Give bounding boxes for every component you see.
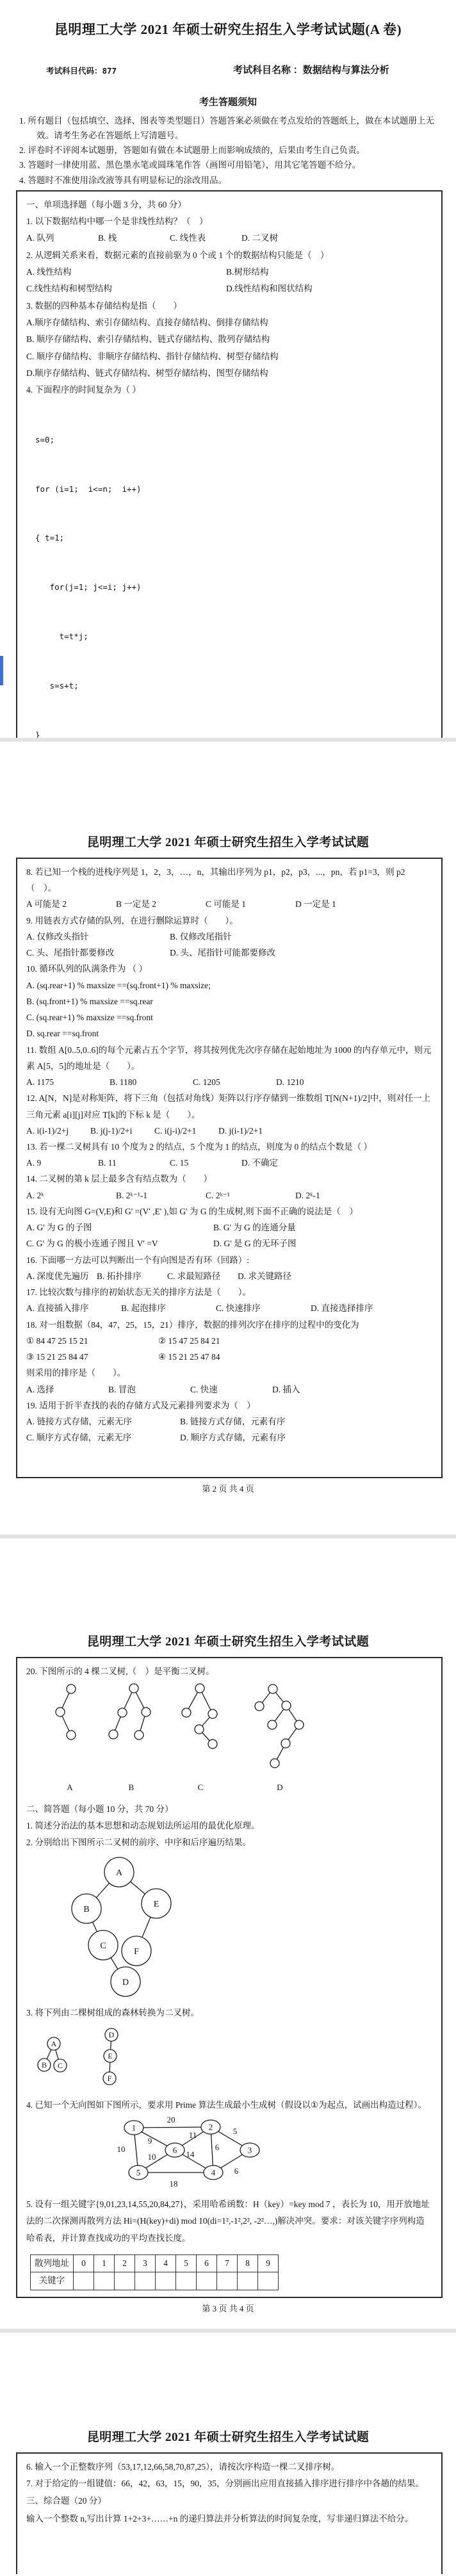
question-text: 1. 简述分治法的基本思想和动态规划法所运用的最优化原理。 <box>26 1818 432 1834</box>
svg-text:18: 18 <box>170 2179 178 2189</box>
question-options: A. 队列B. 栈C. 线性表D. 二叉树 <box>26 230 432 247</box>
svg-text:5: 5 <box>136 2167 141 2177</box>
sequence-row: ③ 15 21 25 84 47④ 15 21 25 47 84 <box>26 1349 432 1365</box>
option: A. 选择 <box>26 1382 108 1398</box>
svg-text:C: C <box>198 1782 204 1792</box>
option: A. 直接插入排序 <box>26 1300 121 1316</box>
svg-text:B: B <box>42 2060 47 2069</box>
question-text: 13. 若一棵二叉树具有 10 个度为 2 的结点，5 个度为 1 的结点，则度… <box>26 1139 432 1155</box>
svg-text:E: E <box>154 1899 159 1909</box>
question-text: 8. 若已知一个栈的进栈序列是 1，2，3，…，n，其输出序列为 p1，p2，p… <box>26 864 432 896</box>
svg-text:6: 6 <box>215 2142 220 2152</box>
hash-key-cell <box>176 2272 197 2290</box>
svg-text:E: E <box>108 2051 112 2060</box>
hash-table: 散列地址 0 1 2 3 4 5 6 7 8 9 关键字 <box>30 2254 279 2290</box>
hash-address-cell: 0 <box>74 2255 94 2272</box>
svg-text:1: 1 <box>132 2123 136 2132</box>
exam-title: 昆明理工大学 2021 年硕士研究生招生入学考试试题(A 卷) <box>5 19 451 38</box>
question-text: 7. 对于给定的一组键值：66，42，63，15，90，35，分别画出应用直接插… <box>26 2475 432 2492</box>
option: D. 直接选择排序 <box>311 1303 373 1313</box>
question-s2-4: 4. 已知一个无向图如下图所示，要求用 Prime 算法生成最小生成树（假设以①… <box>26 2097 432 2197</box>
question-text: 1. 以下数据结构中哪一个是非线性结构？（ ） <box>26 213 432 230</box>
page-2: 昆明理工大学 2021 年硕士研究生招生入学考试试题 8. 若已知一个栈的进栈序… <box>0 742 456 1535</box>
notice-item: 1. 所有题目（包括填空、选择、图表等类型题目）答题答案必须做在考点发给的答题纸… <box>19 113 439 143</box>
notice-item: 2. 评卷时不评阅本试题册，答题如有做在本试题册上而影响成绩的，后果由考生自己负… <box>19 143 439 158</box>
question-text: 18. 对一组数据（84，47，25，15，21）排序，数据的排列次序在排序的过… <box>26 1317 432 1333</box>
option: D. 求关键路径 <box>238 1271 291 1281</box>
svg-text:D: D <box>109 2030 115 2039</box>
option: B. 2ᵏ⁻¹-1 <box>116 1187 206 1203</box>
code-line: for (i=1; i<=n; i++) <box>35 481 432 498</box>
option: B. 冒泡 <box>108 1382 190 1398</box>
svg-text:F: F <box>134 1946 139 1956</box>
svg-text:A: A <box>67 1782 73 1792</box>
hash-address-row: 散列地址 0 1 2 3 4 5 6 7 8 9 <box>31 2255 279 2272</box>
svg-text:2: 2 <box>209 2122 213 2132</box>
option: C. 快速排序 <box>216 1300 311 1316</box>
option: D. sq.rear ==sq.front <box>26 1025 432 1041</box>
page-4: 昆明理工大学 2021 年硕士研究生招生入学考试试题 6. 输入一个正整数序列（… <box>0 2333 456 2576</box>
code-block: s=0; for (i=1; i<=n; i++) { t=1; for(j=1… <box>35 398 432 738</box>
question-options: A. 线性结构B.树形结构 <box>26 264 432 281</box>
question-options: A. 9B. 11C. 15D. 不确定 <box>26 1155 432 1171</box>
option: C. i(j-i)/2+1 <box>154 1123 218 1139</box>
hash-key-cell <box>217 2272 238 2290</box>
hash-address-cell: 3 <box>135 2255 156 2272</box>
option: B. j(j-1)/2+i <box>90 1123 154 1139</box>
option: B. 仅修改尾指针 <box>170 932 232 942</box>
question-17: 17. 比较次数与排序的初始状态无关的排序方法是（ ）。 A. 直接插入排序B.… <box>26 1284 432 1316</box>
question-options: A. 选择B. 冒泡C. 快速D. 插入 <box>26 1382 432 1398</box>
option: B. 顺序存储结构、索引存储结构、链式存储结构、散列存储结构 <box>26 331 432 348</box>
option: A. (sq.rear+1) % maxsize ==(sq.front+1) … <box>26 977 432 993</box>
sequence: ② 15 47 25 84 21 <box>158 1336 220 1346</box>
questions-box-page-1: 一、单项选择题（每小题 3 分，共 60 分） 1. 以下数据结构中哪一个是非线… <box>16 190 443 738</box>
svg-text:D: D <box>277 1782 282 1792</box>
option: D. 不确定 <box>241 1158 278 1168</box>
question-8: 8. 若已知一个栈的进栈序列是 1，2，3，…，n，其输出序列为 p1，p2，p… <box>26 864 432 913</box>
question-4: 4. 下面程序的时间复杂为（ ） s=0; for (i=1; i<=n; i+… <box>26 382 432 738</box>
option: B. G' 为 G 的连通分量 <box>213 1223 296 1232</box>
question-text: 20. 下图所示的 4 棵二叉树,（ ）是平衡二叉树。 <box>26 1663 432 1680</box>
svg-text:B: B <box>83 1904 89 1914</box>
option: D. j(i-1)/2+1 <box>218 1126 263 1136</box>
question-options: C. 头、尾指针都要修改D. 头、尾指针可能都要修改 <box>26 945 432 961</box>
exam-paper-scan: 昆明理工大学 2021 年硕士研究生招生入学考试试题(A 卷) 考试科目代码：8… <box>0 0 456 2576</box>
question-options: A. 1175B. 1180C. 1205D. 1210 <box>26 1074 432 1090</box>
binary-trees-figure: ABCD <box>44 1683 432 1800</box>
hash-address-cell: 1 <box>94 2255 115 2272</box>
question-options: A. 直接插入排序B. 起泡排序C. 快速排序D. 直接选择排序 <box>26 1300 432 1316</box>
hash-address-cell: 8 <box>238 2255 258 2272</box>
svg-text:F: F <box>108 2074 112 2083</box>
option: C. 顺序存储结构、非顺序存储结构、指针存储结构、树型存储结构 <box>26 348 432 365</box>
question-11: 11. 数组 A[0..5,0..6]的每个元素占五个字节，将其按列优先次序存储… <box>26 1042 432 1091</box>
left-edge-blue-artifact <box>0 656 3 685</box>
page-3: 昆明理工大学 2021 年硕士研究生招生入学考试试题 20. 下图所示的 4 棵… <box>0 1538 456 2329</box>
question-text: 19. 适用于折半查找的表的存储方式及元素排列要求为（ ） <box>26 1398 432 1414</box>
svg-text:A: A <box>51 2039 57 2048</box>
question-text: 14. 二叉树的第 k 层上最多含有结点数为（ ） <box>26 1171 432 1187</box>
exam-title: 昆明理工大学 2021 年硕士研究生招生入学考试试题 <box>5 2333 451 2445</box>
svg-text:B: B <box>129 1782 134 1792</box>
option: A. 仅修改头指针 <box>26 929 170 945</box>
option: C. 头、尾指针都要修改 <box>26 945 170 961</box>
question-13: 13. 若一棵二叉树具有 10 个度为 2 的结点，5 个度为 1 的结点，则度… <box>26 1139 432 1171</box>
option: C 可能是 1 <box>206 896 295 912</box>
option: B. 拓扑排序 <box>97 1268 167 1284</box>
questions-box-page-4: 6. 输入一个正整数序列（53,17,12,66,58,70,87,25），请按… <box>16 2452 443 2574</box>
option: B. 栈 <box>98 230 170 247</box>
question-options: A. 2ᵏB. 2ᵏ⁻¹-1C. 2ᵏ⁻¹D. 2ᵏ-1 <box>26 1187 432 1203</box>
hash-address-cell: 5 <box>176 2255 197 2272</box>
option: C.线性结构和树型结构 <box>26 281 226 297</box>
hash-row-header: 关键字 <box>31 2272 74 2290</box>
svg-text:A: A <box>116 1868 123 1877</box>
questions-box-page-2: 8. 若已知一个栈的进栈序列是 1，2，3，…，n，其输出序列为 p1，p2，p… <box>16 858 443 1478</box>
sequence: ③ 15 21 25 84 47 <box>26 1349 158 1365</box>
svg-text:D: D <box>122 1977 129 1987</box>
hash-address-cell: 4 <box>156 2255 176 2272</box>
option: A. 线性结构 <box>26 264 226 281</box>
questions-box-page-3: 20. 下图所示的 4 棵二叉树,（ ）是平衡二叉树。 ABCD 二、简答题（每… <box>16 1657 443 2298</box>
binary-tree-figure: ABECFD <box>65 1853 432 2005</box>
question-text: 2. 从逻辑关系来看，数据元素的直接前驱为 0 个或 1 个的数据结构只能是（ … <box>26 247 432 264</box>
svg-text:9: 9 <box>148 2136 152 2146</box>
question-options: A 可能是 2B 一定是 2C 可能是 1D 一定是 1 <box>26 896 432 912</box>
option: B. 起泡排序 <box>121 1300 216 1316</box>
question-options: C.线性结构和树型结构D.线性结构和图状结构 <box>26 281 432 297</box>
option: A. 深度优先遍历 <box>26 1268 97 1284</box>
option: C. 求最短路径 <box>167 1268 238 1284</box>
question-text: 5. 设有一组关键字{9,01,23,14,55,20,84,27}，采用哈希函… <box>26 2196 432 2247</box>
question-s2-5: 5. 设有一组关键字{9,01,23,14,55,20,84,27}，采用哈希函… <box>26 2196 432 2290</box>
q20-trees-diagram: ABCD <box>44 1683 313 1795</box>
option: D.顺序存储结构、链式存储结构、树型存储结构、图型存储结构 <box>26 365 432 382</box>
svg-text:6: 6 <box>234 2166 239 2176</box>
question-3: 3. 数据的四种基本存储结构是指（ ） A.顺序存储结构、索引存储结构、直接存储… <box>26 298 432 382</box>
svg-text:11: 11 <box>189 2130 197 2140</box>
question-text: 16. 下面哪一方法可以判断出一个有向图是否有环（回路）: <box>26 1252 432 1268</box>
subject-name: 考试科目名称 ：数据结构与算法分析 <box>233 63 389 79</box>
code-line: for(j=1; j<=i; j++) <box>35 579 432 596</box>
exam-title: 昆明理工大学 2021 年硕士研究生招生入学考试试题 <box>5 1538 451 1649</box>
option: D. G' 是 G 的无环子图 <box>213 1239 297 1248</box>
question-16: 16. 下面哪一方法可以判断出一个有向图是否有环（回路）: A. 深度优先遍历B… <box>26 1252 432 1284</box>
question-options: A. i(i-1)/2+jB. j(j-1)/2+iC. i(j-i)/2+1D… <box>26 1123 432 1139</box>
question-20: 20. 下图所示的 4 棵二叉树,（ ）是平衡二叉树。 ABCD <box>26 1663 432 1801</box>
sequence: ① 84 47 25 15 21 <box>26 1333 158 1349</box>
question-text: 4. 已知一个无向图如下图所示，要求用 Prime 算法生成最小生成树（假设以①… <box>26 2097 432 2114</box>
option: A. i(i-1)/2+j <box>26 1123 90 1139</box>
question-options: C. G' 为 G 的极小连通子图且 V' =VD. G' 是 G 的无环子图 <box>26 1235 432 1251</box>
code-line: } <box>35 727 432 738</box>
option: A. 队列 <box>26 230 98 247</box>
option: D. 1210 <box>276 1077 304 1087</box>
question-14: 14. 二叉树的第 k 层上最多含有结点数为（ ） A. 2ᵏB. 2ᵏ⁻¹-1… <box>26 1171 432 1203</box>
option: A. 1175 <box>26 1074 110 1090</box>
question-options: A. 链接方式存储，元素无序B. 链接方式存储，元素有序 <box>26 1414 432 1430</box>
question-text: 6. 输入一个正整数序列（53,17,12,66,58,70,87,25），请按… <box>26 2459 432 2475</box>
option: A. G' 为 G 的子图 <box>26 1219 213 1235</box>
option: C. 1205 <box>193 1074 276 1090</box>
question-9: 9. 用链表方式存储的队列，在进行删除运算时（ ）。 A. 仅修改头指针B. 仅… <box>26 913 432 961</box>
hash-address-cell: 6 <box>197 2255 217 2272</box>
traversal-tree-diagram: ABECFD <box>65 1853 218 1999</box>
option: D. 二叉树 <box>241 233 278 243</box>
hash-key-cell <box>156 2272 176 2290</box>
section-1-title: 一、单项选择题（每小题 3 分，共 60 分） <box>26 197 432 213</box>
subject-code: 考试科目代码：877 <box>46 63 233 79</box>
option: C. G' 为 G 的极小连通子图且 V' =V <box>26 1235 213 1251</box>
notice-item: 3. 答题时一律使用蓝、黑色墨水笔或圆珠笔作答（画图可用铅笔），用其它笔答题不给… <box>19 158 439 172</box>
exam-title: 昆明理工大学 2021 年硕士研究生招生入学考试试题 <box>5 742 451 850</box>
notice-list: 1. 所有题目（包括填空、选择、图表等类型题目）答题答案必须做在考点发给的答题纸… <box>19 113 439 188</box>
svg-text:14: 14 <box>186 2149 195 2159</box>
question-options: A. G' 为 G 的子图B. G' 为 G 的连通分量 <box>26 1219 432 1235</box>
hash-address-cell: 2 <box>115 2255 135 2272</box>
hash-key-cell <box>135 2272 156 2290</box>
question-s2-3: 3. 将下列由二棵树组成的森林转换为二叉树。 ABCDEF <box>26 2005 432 2097</box>
option: D. 头、尾指针可能都要修改 <box>170 948 275 958</box>
forest-figure: ABCDEF <box>31 2023 432 2096</box>
option: D. 插入 <box>272 1385 300 1394</box>
option: C. (sq.rear+1) % maxsize ==sq.front <box>26 1009 432 1025</box>
code-line: { t=1; <box>35 530 432 546</box>
hash-address-cell: 9 <box>258 2255 279 2272</box>
section-3-title: 三、综合题（20 分） <box>26 2493 432 2509</box>
weighted-graph-diagram: 1236542059111010146618 <box>115 2115 275 2190</box>
question-text: 17. 比较次数与排序的初始状态无关的排序方法是（ ）。 <box>26 1284 432 1300</box>
option: B. 11 <box>98 1155 170 1171</box>
option: C. 2ᵏ⁻¹ <box>206 1187 295 1203</box>
hash-key-cell <box>74 2272 94 2290</box>
question-text: 15. 设有无向图 G=(V,E)和 G' =(V' ,E' ),如 G' 为 … <box>26 1203 432 1219</box>
question-text: 10. 循环队列的队满条件为 （ ） <box>26 961 432 977</box>
notice-title: 考生答题须知 <box>0 95 456 108</box>
option: B.树形结构 <box>226 267 268 277</box>
code-line: s=s+t; <box>35 678 432 694</box>
option: C. 顺序方式存储，元素无序 <box>26 1430 180 1446</box>
hash-key-cell <box>115 2272 135 2290</box>
hash-row-header: 散列地址 <box>31 2255 74 2272</box>
option: B. (sq.front+1) % maxsize ==sq.rear <box>26 993 432 1009</box>
option: D.线性结构和图状结构 <box>226 284 313 293</box>
question-text: 3. 将下列由二棵树组成的森林转换为二叉树。 <box>26 2005 432 2021</box>
question-1: 1. 以下数据结构中哪一个是非线性结构？（ ） A. 队列B. 栈C. 线性表D… <box>26 213 432 247</box>
question-text: 输入一个整数 n,写出计算 1+2+3+……+n 的递归算法并分析算法的时间复杂… <box>26 2509 432 2529</box>
question-18: 18. 对一组数据（84，47，25，15，21）排序，数据的排列次序在排序的过… <box>26 1317 432 1398</box>
question-text: 3. 数据的四种基本存储结构是指（ ） <box>26 298 432 314</box>
option: A. 9 <box>26 1155 98 1171</box>
question-options: C. 顺序方式存储，元素无序D. 顺序方式存储，元素有序 <box>26 1430 432 1446</box>
option: B 一定是 2 <box>116 896 206 912</box>
option: A 可能是 2 <box>26 896 116 912</box>
svg-text:C: C <box>100 1941 106 1950</box>
hash-key-cell <box>197 2272 217 2290</box>
section-2-title: 二、简答题（每小题 10 分，共 70 分） <box>26 1801 432 1818</box>
svg-text:10: 10 <box>148 2152 156 2162</box>
option: B. 1180 <box>110 1074 193 1090</box>
page-1: 昆明理工大学 2021 年硕士研究生招生入学考试试题(A 卷) 考试科目代码：8… <box>0 0 456 738</box>
svg-text:5: 5 <box>233 2126 238 2136</box>
svg-text:10: 10 <box>117 2144 126 2154</box>
question-2: 2. 从逻辑关系来看，数据元素的直接前驱为 0 个或 1 个的数据结构只能是（ … <box>26 247 432 298</box>
question-text: 12. A[N，N]是对称矩阵，将下三角（包括对角线）矩阵以行序存储到一维数组 … <box>26 1090 432 1122</box>
hash-key-cell <box>94 2272 115 2290</box>
option: D 一定是 1 <box>295 899 336 909</box>
option: A.顺序存储结构、索引存储结构、直接存储结构、倒排存储结构 <box>26 314 432 331</box>
svg-text:4: 4 <box>211 2167 216 2177</box>
question-text: 9. 用链表方式存储的队列，在进行删除运算时（ ）。 <box>26 913 432 929</box>
question-15: 15. 设有无向图 G=(V,E)和 G' =(V' ,E' ),如 G' 为 … <box>26 1203 432 1252</box>
question-12: 12. A[N，N]是对称矩阵，将下三角（包括对角线）矩阵以行序存储到一维数组 … <box>26 1090 432 1139</box>
hash-address-cell: 7 <box>217 2255 238 2272</box>
question-text: 则采用的排序是（ ）。 <box>26 1365 432 1381</box>
question-s2-2: 2. 分别给出下图所示二叉树的前序、中序和后序遍历结果。 ABECFD <box>26 1834 432 2005</box>
page-footer: 第 2 页 共 4 页 <box>0 1482 456 1494</box>
question-text: 11. 数组 A[0..5,0..6]的每个元素占五个字节，将其按列优先次序存储… <box>26 1042 432 1074</box>
graph-figure: 1236542059111010146618 <box>115 2115 432 2196</box>
option: A. 2ᵏ <box>26 1187 116 1203</box>
option: C. 15 <box>170 1155 241 1171</box>
hash-key-cell <box>258 2272 279 2290</box>
option: A. 链接方式存储，元素无序 <box>26 1414 180 1430</box>
svg-text:20: 20 <box>167 2115 175 2124</box>
question-text: 4. 下面程序的时间复杂为（ ） <box>26 382 432 398</box>
notice-item: 4. 答题时不准使用涂改液等具有明显标记的涂改用品。 <box>19 173 439 188</box>
hash-key-cell <box>238 2272 258 2290</box>
forest-diagram: ABCDEF <box>31 2023 159 2091</box>
question-text: 2. 分别给出下图所示二叉树的前序、中序和后序遍历结果。 <box>26 1834 432 1851</box>
svg-text:3: 3 <box>248 2145 252 2155</box>
code-line: t=t*j; <box>35 628 432 645</box>
sequence: ④ 15 21 25 47 84 <box>158 1352 220 1362</box>
subject-row: 考试科目代码：877 考试科目名称 ：数据结构与算法分析 <box>37 63 456 79</box>
option: D. 顺序方式存储，元素有序 <box>180 1433 286 1442</box>
question-19: 19. 适用于折半查找的表的存储方式及元素排列要求为（ ） A. 链接方式存储，… <box>26 1398 432 1446</box>
question-options: A. 深度优先遍历B. 拓扑排序C. 求最短路径D. 求关键路径 <box>26 1268 432 1284</box>
option: D. 2ᵏ-1 <box>295 1191 320 1200</box>
sequence-row: ① 84 47 25 15 21② 15 47 25 84 21 <box>26 1333 432 1349</box>
option: C. 线性表 <box>170 230 241 247</box>
svg-text:6: 6 <box>173 2145 177 2155</box>
page-footer: 第 3 页 共 4 页 <box>0 2302 456 2314</box>
svg-text:C: C <box>58 2061 63 2070</box>
question-options: A. 仅修改头指针B. 仅修改尾指针 <box>26 929 432 945</box>
option: B. 链接方式存储，元素有序 <box>180 1417 285 1426</box>
code-line: s=0; <box>35 432 432 448</box>
hash-key-row: 关键字 <box>31 2272 279 2290</box>
option: C. 快速 <box>190 1382 272 1398</box>
question-10: 10. 循环队列的队满条件为 （ ） A. (sq.rear+1) % maxs… <box>26 961 432 1041</box>
